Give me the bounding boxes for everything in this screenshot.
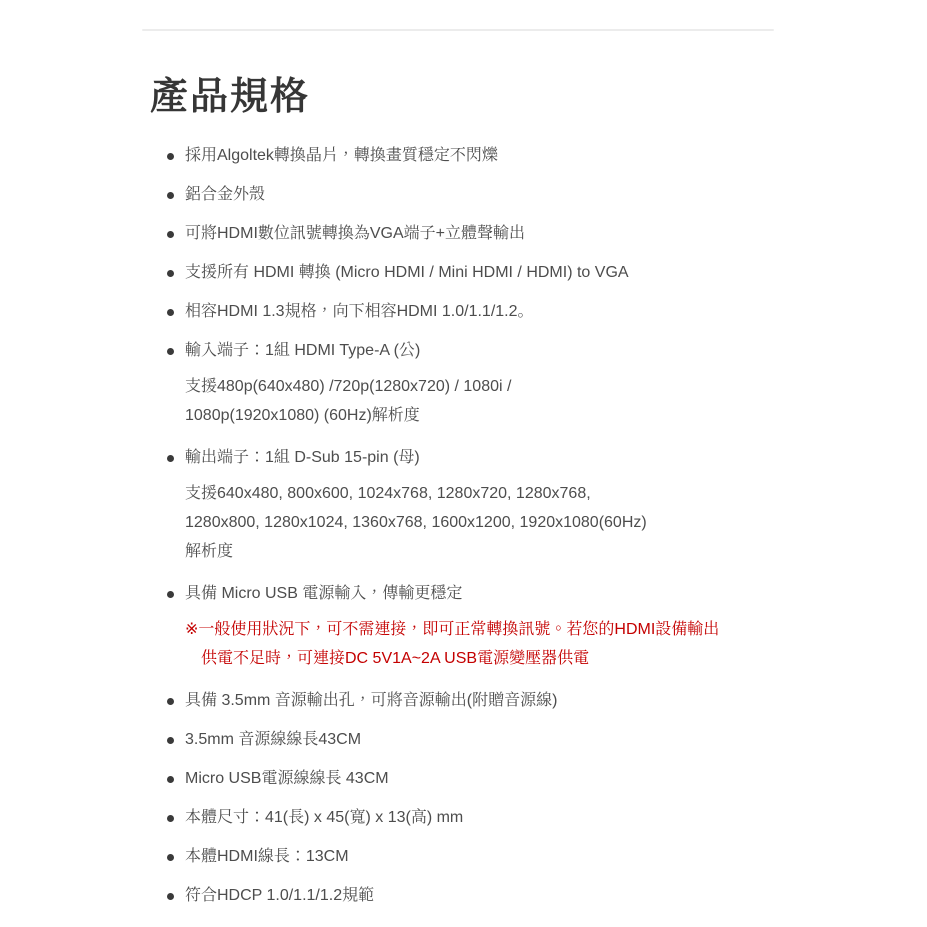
spec-item-text: 輸入端子：1組 HDMI Type-A (公)	[185, 342, 420, 359]
top-divider	[142, 29, 774, 31]
spec-item-text: 可將HDMI數位訊號轉換為VGA端子+立體聲輸出	[185, 225, 525, 242]
spec-item-note: 支援480p(640x480) /720p(1280x720) / 1080i …	[185, 372, 774, 430]
bullet-dot-icon	[167, 893, 174, 900]
spec-item-text: 本體HDMI線長：13CM	[185, 848, 349, 865]
bullet-dot-icon	[167, 815, 174, 822]
spec-list-item: 具備 3.5mm 音源輸出孔，可將音源輸出(附贈音源線)	[142, 690, 774, 712]
bullet-dot-icon	[167, 698, 174, 705]
spec-item-text: 支援所有 HDMI 轉換 (Micro HDMI / Mini HDMI / H…	[185, 264, 629, 281]
spec-list-item: 輸入端子：1組 HDMI Type-A (公) 支援480p(640x480) …	[142, 340, 774, 430]
spec-list-item: 採用Algoltek轉換晶片，轉換畫質穩定不閃爍	[142, 145, 774, 167]
bullet-dot-icon	[167, 591, 174, 598]
spec-list-item: 具備 Micro USB 電源輸入，傳輸更穩定 ※一般使用狀況下，可不需連接，即…	[142, 583, 774, 673]
spec-list-item: 相容HDMI 1.3規格，向下相容HDMI 1.0/1.1/1.2。	[142, 301, 774, 323]
spec-list-item: 3.5mm 音源線線長43CM	[142, 729, 774, 751]
bullet-dot-icon	[167, 854, 174, 861]
spec-item-text: 具備 Micro USB 電源輸入，傳輸更穩定	[185, 585, 462, 602]
spec-list-item: 支援所有 HDMI 轉換 (Micro HDMI / Mini HDMI / H…	[142, 262, 774, 284]
spec-item-text: 相容HDMI 1.3規格，向下相容HDMI 1.0/1.1/1.2。	[185, 303, 534, 320]
spec-item-text: 鋁合金外殼	[185, 186, 265, 203]
spec-item-text: 輸出端子：1組 D-Sub 15-pin (母)	[185, 449, 420, 466]
bullet-dot-icon	[167, 348, 174, 355]
bullet-dot-icon	[167, 231, 174, 238]
spec-item-note: 支援640x480, 800x600, 1024x768, 1280x720, …	[185, 479, 774, 566]
spec-list-item: 本體尺寸：41(長) x 45(寬) x 13(高) mm	[142, 807, 774, 829]
spec-item-text: 採用Algoltek轉換晶片，轉換畫質穩定不閃爍	[185, 147, 498, 164]
product-spec-section: 產品規格 採用Algoltek轉換晶片，轉換畫質穩定不閃爍 鋁合金外殼 可將HD…	[142, 0, 774, 907]
bullet-dot-icon	[167, 776, 174, 783]
spec-item-text: 3.5mm 音源線線長43CM	[185, 731, 361, 748]
page-title: 產品規格	[150, 75, 774, 121]
spec-list-item: Micro USB電源線線長 43CM	[142, 768, 774, 790]
bullet-dot-icon	[167, 309, 174, 316]
spec-item-text: Micro USB電源線線長 43CM	[185, 770, 389, 787]
bullet-dot-icon	[167, 455, 174, 462]
spec-item-note: ※一般使用狀況下，可不需連接，即可正常轉換訊號。若您的HDMI設備輸出 供電不足…	[185, 615, 774, 673]
spec-list-item: 本體HDMI線長：13CM	[142, 846, 774, 868]
spec-list-item: 可將HDMI數位訊號轉換為VGA端子+立體聲輸出	[142, 223, 774, 245]
bullet-dot-icon	[167, 153, 174, 160]
spec-item-text: 本體尺寸：41(長) x 45(寬) x 13(高) mm	[185, 809, 463, 826]
spec-list-item: 鋁合金外殼	[142, 184, 774, 206]
spec-list-item: 符合HDCP 1.0/1.1/1.2規範	[142, 885, 774, 907]
spec-list: 採用Algoltek轉換晶片，轉換畫質穩定不閃爍 鋁合金外殼 可將HDMI數位訊…	[142, 145, 774, 907]
spec-item-text: 符合HDCP 1.0/1.1/1.2規範	[185, 887, 374, 904]
spec-item-text: 具備 3.5mm 音源輸出孔，可將音源輸出(附贈音源線)	[185, 692, 557, 709]
bullet-dot-icon	[167, 270, 174, 277]
bullet-dot-icon	[167, 192, 174, 199]
bullet-dot-icon	[167, 737, 174, 744]
spec-list-item: 輸出端子：1組 D-Sub 15-pin (母) 支援640x480, 800x…	[142, 447, 774, 566]
